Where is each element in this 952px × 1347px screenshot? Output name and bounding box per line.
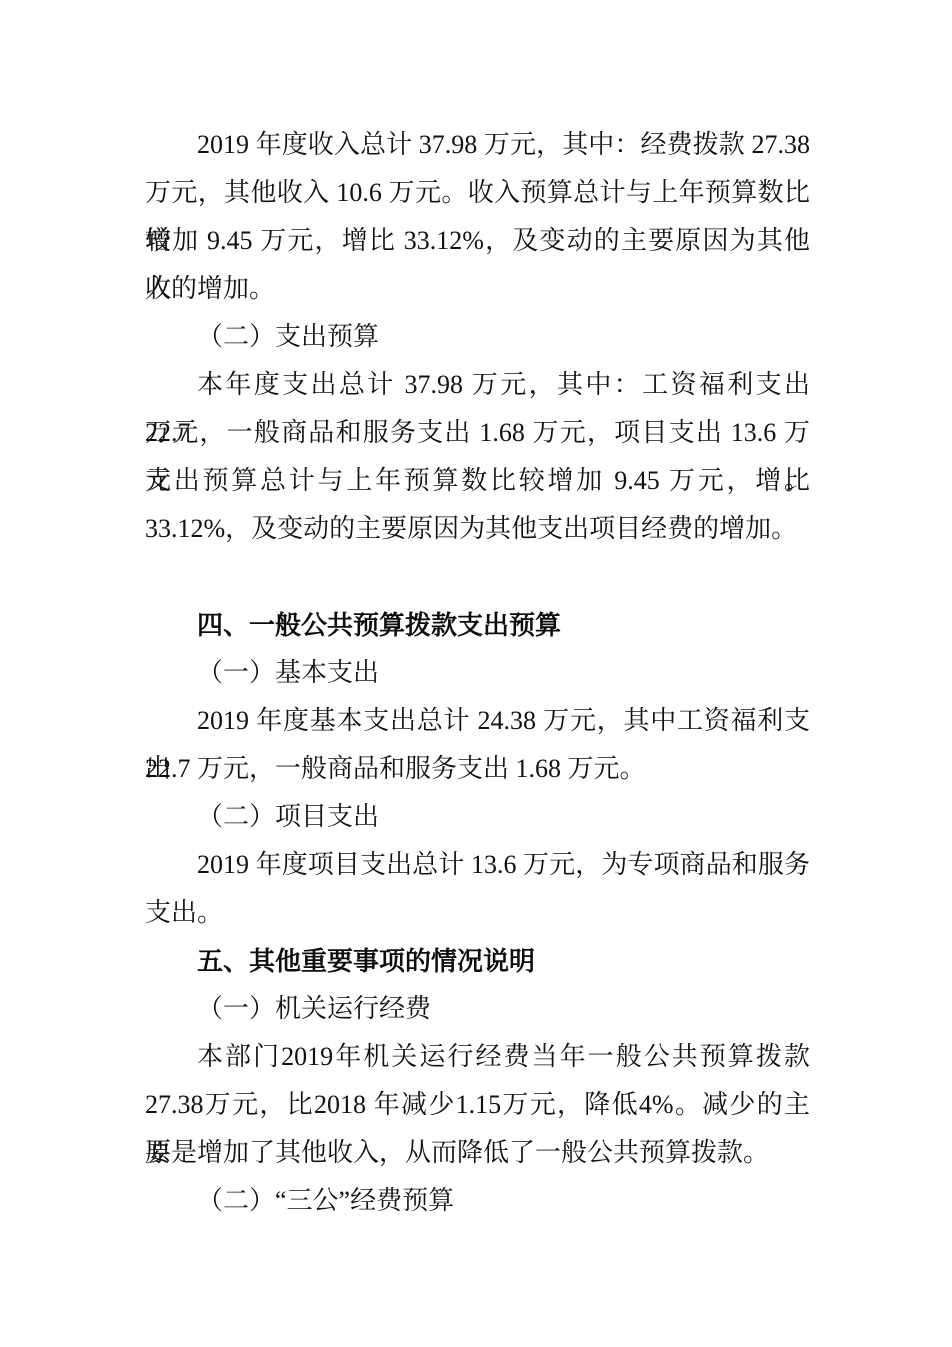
paragraph-line: 本年度支出总计 37.98 万元，其中：工资福利支出 22.7 <box>145 361 810 409</box>
paragraph-line: 22.7 万元，一般商品和服务支出 1.68 万元。 <box>145 745 810 793</box>
document-page: 2019 年度收入总计 37.98 万元，其中：经费拨款 27.38 万元，其他… <box>0 0 952 1347</box>
subheading-line: （一）机关运行经费 <box>145 985 810 1033</box>
expense-budget-subheading: （二）支出预算 <box>145 313 810 361</box>
paragraph-line: 支出预算总计与上年预算数比较增加 9.45 万元，增比 <box>145 457 810 505</box>
subheading-line: （二）支出预算 <box>145 313 810 361</box>
paragraph-line: 2019 年度收入总计 37.98 万元，其中：经费拨款 27.38 <box>145 121 810 169</box>
expense-budget-paragraph: 本年度支出总计 37.98 万元，其中：工资福利支出 22.7 万元，一般商品和… <box>145 361 810 553</box>
paragraph-line: 2019 年度项目支出总计 13.6 万元，为专项商品和服务 <box>145 841 810 889</box>
section-heading-line: 五、其他重要事项的情况说明 <box>145 937 810 985</box>
three-public-funds-subheading: （二）“三公”经费预算 <box>145 1177 810 1225</box>
paragraph-line: 本部门2019年机关运行经费当年一般公共预算拨款 <box>145 1033 810 1081</box>
basic-expense-paragraph: 2019 年度基本支出总计 24.38 万元，其中工资福利支出 22.7 万元，… <box>145 697 810 793</box>
paragraph-line: 27.38万元，比2018 年减少1.15万元，降低4%。减少的主要 <box>145 1081 810 1129</box>
blank-line-spacer <box>145 553 810 601</box>
paragraph-line: 入的增加。 <box>145 265 810 313</box>
paragraph-line: 增加 9.45 万元，增比 33.12%，及变动的主要原因为其他收 <box>145 217 810 265</box>
subheading-line: （一）基本支出 <box>145 649 810 697</box>
income-budget-paragraph: 2019 年度收入总计 37.98 万元，其中：经费拨款 27.38 万元，其他… <box>145 121 810 313</box>
project-expense-paragraph: 2019 年度项目支出总计 13.6 万元，为专项商品和服务 支出。 <box>145 841 810 937</box>
paragraph-line: 万元，其他收入 10.6 万元。收入预算总计与上年预算数比较 <box>145 169 810 217</box>
paragraph-line: 33.12%，及变动的主要原因为其他支出项目经费的增加。 <box>145 505 810 553</box>
project-expense-subheading: （二）项目支出 <box>145 793 810 841</box>
paragraph-line: 万元，一般商品和服务支出 1.68 万元，项目支出 13.6 万元。 <box>145 409 810 457</box>
agency-operation-paragraph: 本部门2019年机关运行经费当年一般公共预算拨款 27.38万元，比2018 年… <box>145 1033 810 1177</box>
basic-expense-subheading: （一）基本支出 <box>145 649 810 697</box>
paragraph-line: 原是增加了其他收入，从而降低了一般公共预算拨款。 <box>145 1129 810 1177</box>
subheading-line: （二）项目支出 <box>145 793 810 841</box>
section-five-heading: 五、其他重要事项的情况说明 <box>145 937 810 985</box>
section-heading-line: 四、一般公共预算拨款支出预算 <box>145 601 810 649</box>
section-four-heading: 四、一般公共预算拨款支出预算 <box>145 601 810 649</box>
document-text-block: 2019 年度收入总计 37.98 万元，其中：经费拨款 27.38 万元，其他… <box>145 121 810 1225</box>
agency-operation-subheading: （一）机关运行经费 <box>145 985 810 1033</box>
paragraph-line: 2019 年度基本支出总计 24.38 万元，其中工资福利支出 <box>145 697 810 745</box>
paragraph-line: 支出。 <box>145 889 810 937</box>
subheading-line: （二）“三公”经费预算 <box>145 1177 810 1225</box>
